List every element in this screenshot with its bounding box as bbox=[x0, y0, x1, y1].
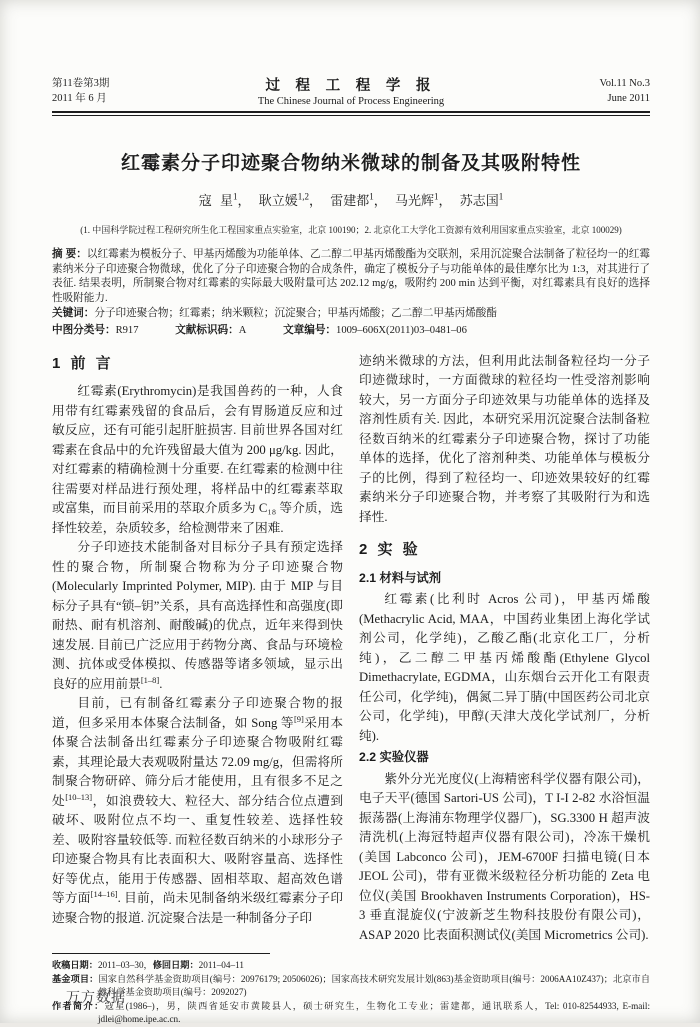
section-2-heading: 2 实 验 bbox=[359, 540, 650, 560]
received-value: 2011–03–30， bbox=[98, 960, 153, 970]
received-label: 收稿日期： bbox=[52, 960, 98, 970]
section-1-paragraph-continued: 迹纳米微球的方法，但利用此法制备粒径均一分子印迹微球时，一方面微球的粒径均一性受… bbox=[359, 352, 650, 528]
clc-label: 中图分类号： bbox=[52, 324, 116, 336]
issue-number-en: Vol.11 No.3 bbox=[530, 76, 650, 92]
abstract-label: 摘 要： bbox=[52, 248, 87, 260]
issue-date-en: June 2011 bbox=[530, 91, 650, 107]
abstract-text: 以红霉素为模板分子、甲基丙烯酸为功能单体、乙二醇二甲基丙烯酸酯为交联剂，采用沉淀… bbox=[52, 249, 650, 304]
masthead-divider-rule bbox=[52, 111, 650, 116]
abstract-paragraph: 摘 要：以红霉素为模板分子、甲基丙烯酸为功能单体、乙二醇二甲基丙烯酸酯为交联剂，… bbox=[52, 247, 650, 306]
issue-number-cn: 第11卷第3期 bbox=[52, 76, 172, 92]
journal-page: 第11卷第3期 2011 年 6 月 过 程 工 程 学 报 The Chine… bbox=[0, 0, 700, 1023]
keywords-text: 分子印迹聚合物；红霉素；纳米颗粒；沉淀聚合；甲基丙烯酸；乙二醇二甲基丙烯酸酯 bbox=[94, 308, 497, 319]
article-no-label: 文章编号： bbox=[283, 324, 336, 336]
affiliation-line: (1. 中国科学院过程工程研究所生化工程国家重点实验室，北京 100190；2.… bbox=[52, 223, 650, 236]
section-2-2-paragraph: 紫外分光光度仪(上海精密科学仪器有限公司)，电子天平(德国 Sartori-US… bbox=[359, 770, 650, 946]
clc-value: R917 bbox=[116, 325, 139, 336]
section-2-2-heading: 2.2 实验仪器 bbox=[359, 748, 650, 768]
section-1-paragraph-2: 分子印迹技术能制备对目标分子具有预定选择性的聚合物，所制聚合物称为分子印迹聚合物… bbox=[52, 538, 343, 694]
funding-value: 国家自然科学基金资助项目(编号：20976179; 20506026)；国家高技… bbox=[98, 974, 650, 998]
revised-value: 2011–04–11 bbox=[199, 960, 244, 970]
section-1-paragraph-3: 目前，已有制备红霉素分子印迹聚合物的报道，但多采用本体聚合法制备，如 Song … bbox=[52, 694, 343, 928]
journal-title-cn: 过 程 工 程 学 报 bbox=[172, 74, 530, 95]
doc-code-value: A bbox=[239, 325, 247, 336]
right-column: 迹纳米微球的方法，但利用此法制备粒径均一分子印迹微球时，一方面微球的粒径均一性受… bbox=[359, 352, 650, 946]
author-bio-value: 寇星(1986–)，男，陕西省延安市黄陵县人，硕士研究生，生物化工专业；雷建都，… bbox=[98, 1001, 650, 1025]
doc-code-group: 文献标识码：A bbox=[175, 323, 246, 339]
funding-line: 基金项目：国家自然科学基金资助项目(编号：20976179; 20506026)… bbox=[52, 973, 650, 1000]
section-2-1-heading: 2.1 材料与试剂 bbox=[359, 569, 650, 589]
masthead-journal: 过 程 工 程 学 报 The Chinese Journal of Proce… bbox=[172, 74, 530, 107]
article-title: 红霉素分子印迹聚合物纳米微球的制备及其吸附特性 bbox=[52, 148, 650, 175]
funding-label: 基金项目： bbox=[52, 974, 98, 984]
keywords-label: 关键词： bbox=[52, 307, 94, 319]
left-column: 1 前 言 红霉素(Erythromycin)是我国兽药的一种，人食用带有红霉素… bbox=[52, 352, 343, 946]
classification-line: 中图分类号：R917 文献标识码：A 文章编号：1009–606X(2011)0… bbox=[52, 323, 650, 339]
article-no-value: 1009–606X(2011)03–0481–06 bbox=[336, 325, 467, 336]
issue-date-cn: 2011 年 6 月 bbox=[52, 91, 172, 107]
revised-label: 修回日期： bbox=[153, 960, 199, 970]
masthead-issue-en: Vol.11 No.3 June 2011 bbox=[530, 76, 650, 108]
doc-code-label: 文献标识码： bbox=[175, 324, 239, 336]
wanfang-watermark: 万方数据 bbox=[66, 987, 126, 1007]
masthead-issue-cn: 第11卷第3期 2011 年 6 月 bbox=[52, 76, 172, 108]
abstract-block: 摘 要：以红霉素为模板分子、甲基丙烯酸为功能单体、乙二醇二甲基丙烯酸酯为交联剂，… bbox=[52, 247, 650, 339]
received-date-line: 收稿日期：2011–03–30，修回日期：2011–04–11 bbox=[52, 959, 650, 973]
journal-title-en: The Chinese Journal of Process Engineeri… bbox=[172, 96, 530, 107]
author-list: 寇 星1， 耿立媛1,2， 雷建都1， 马光辉1， 苏志国1 bbox=[52, 190, 650, 209]
keywords-line: 关键词：分子印迹聚合物；红霉素；纳米颗粒；沉淀聚合；甲基丙烯酸；乙二醇二甲基丙烯… bbox=[52, 306, 650, 322]
section-1-paragraph-1: 红霉素(Erythromycin)是我国兽药的一种，人食用带有红霉素残留的食品后… bbox=[52, 382, 343, 538]
clc-group: 中图分类号：R917 bbox=[52, 323, 139, 339]
article-no-group: 文章编号：1009–606X(2011)03–0481–06 bbox=[283, 323, 467, 339]
masthead: 第11卷第3期 2011 年 6 月 过 程 工 程 学 报 The Chine… bbox=[52, 74, 650, 107]
body-columns: 1 前 言 红霉素(Erythromycin)是我国兽药的一种，人食用带有红霉素… bbox=[52, 352, 650, 946]
section-2-1-paragraph: 红霉素(比利时 Acros 公司)，甲基丙烯酸(Methacrylic Acid… bbox=[359, 590, 650, 746]
footnote-rule bbox=[52, 953, 270, 954]
section-1-heading: 1 前 言 bbox=[52, 354, 343, 374]
footnote-block: 收稿日期：2011–03–30，修回日期：2011–04–11 基金项目：国家自… bbox=[52, 953, 650, 1027]
